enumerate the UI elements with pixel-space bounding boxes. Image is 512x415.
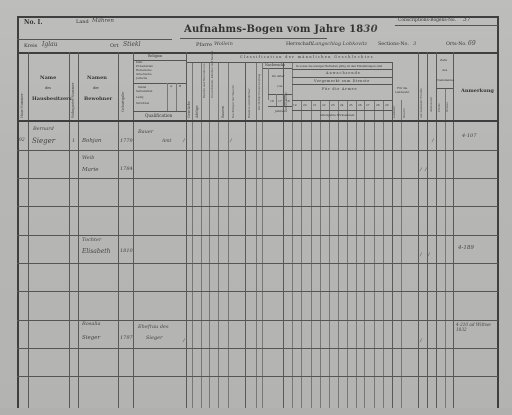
tally-mark: / [183,338,185,344]
stand-col-line [167,83,168,111]
pfarre-value: Wollein [214,41,233,47]
col-line [418,52,419,408]
instruction-divider [292,69,392,70]
herrschaft-label: Herrschaft [286,42,312,47]
col-line [311,100,312,408]
qualification-line1: Bauer [138,129,153,135]
qualification-line2: Sieger [146,335,163,341]
jahren-label: Jahren [275,109,285,113]
stand-row: Verwitwet [136,102,149,105]
ort-value: Stiekl [123,41,141,48]
armee-age: 19 [293,103,297,107]
religion-row: Judische [136,77,147,80]
bewohner-name: Marie [82,167,99,173]
tally-mark: / [425,167,427,173]
header-bottom-border [17,52,498,54]
col-line [78,52,79,408]
form-title: Aufnahms-Bogen vom Jahre 1830 [184,24,378,35]
armee-age: 27 [366,103,370,107]
zahl-header-line3: Viehstandes [437,78,454,82]
pfarre-label: Pfarre [196,42,212,48]
col-line [374,100,375,408]
vorgemerkt-header: Vorgemerkt zum Dienste [314,79,370,83]
religion-row: Helvetische [136,69,152,72]
alter-von: von [277,84,282,88]
alter-label: Im Alter [272,74,285,78]
frame-right-border [497,16,499,408]
col-line [445,88,446,408]
stand-col-a: A [170,84,172,88]
row-line [17,206,498,207]
hausbesitzer-name: Sieger [32,137,55,145]
conscriptions-value: 37 [463,16,471,23]
geburtsjahr-value: 1784 [120,166,133,172]
class-col-header: Beamte und Honoratioren [203,64,206,98]
armee-age: 28 [376,103,380,107]
qualification-line1: Ehefrau des [138,324,169,330]
ages-divider [268,94,292,95]
age-17: 17 [278,99,282,103]
row-line [17,263,498,264]
bewohner-vorname: Weib [82,155,95,161]
class-col-header: Gewerbsleute, Künstler und Bauern [211,51,214,98]
col-line [338,100,339,408]
col-line [118,52,119,408]
geburtsjahr-value: 1779 [120,138,133,144]
kreis-label: Kreis [24,43,37,49]
armee-age: 20 [303,103,307,107]
hausbesitzer-header-line3: Hausbesitzers [32,96,72,102]
altersjahre-divider [292,110,392,111]
auslaender-header: Auf Ausländer Fremde [420,88,423,118]
hausbesitzer-header-line2: des [45,86,51,90]
row-line [17,376,498,377]
class-col-header: Geistliche [187,101,191,118]
stand-row: Verheirathet [136,90,153,93]
title-text: Aufnahms-Bogen vom Jahre 18 [184,24,363,35]
anwachsende-divider [292,77,392,78]
ort-label: Ort [110,43,119,49]
class-col-header: Adelige [195,105,199,118]
religion-row: Griechische [136,73,152,76]
ochsen-col: Ochsen [446,102,449,112]
classification-title-divider [186,62,392,63]
fuer-armee-header: Für die Armee [322,87,357,91]
bewohner-vorname: Rosalia [82,321,101,327]
qualification-line2: Amt [162,139,171,144]
bewohner-header-line3: Bewohner [84,96,112,102]
anwachsende-header: Anwachsende [326,71,361,75]
col-line [427,52,428,408]
instruction-text: In sowie die weniger Befreiten giltig is… [296,64,382,68]
frame-left-border [17,16,19,408]
anmerkung-value: 4-210 ad Wittwe 1832 [456,322,496,332]
armee-age: 24 [340,103,344,107]
stand-col-line [176,83,177,111]
orts-label: Orts-No. [446,42,467,47]
armee-age: 26 [358,103,362,107]
tally-mark: / [432,138,434,144]
geburtsjahr-value: 1797 [120,335,133,341]
tally-mark: / [183,138,185,144]
class-col-header: Zur Militär-Dienst-Leistung [258,74,261,110]
land-label: Land [76,19,89,25]
nachwuchs-divider [262,68,292,69]
religion-row: Protestanten [136,65,153,68]
stand-col-b: B [179,84,181,88]
tally-mark: / [230,138,232,144]
herrschaft-value: Langschlag Lobkovitz [312,41,367,47]
col-line [383,100,384,408]
qualification-divider [133,111,186,112]
tally-mark: / [420,167,422,173]
conscriptions-label: Conscriptions-Bogens-No. [398,18,456,23]
col-line [347,100,348,408]
row-line [17,291,498,292]
age-16: 16 [270,99,274,103]
armee-ages-divider [292,100,392,101]
pferde-col: Pferde [438,103,441,112]
stand-title: Stand [138,85,146,89]
vieh-divider [436,88,453,89]
reserve-col: Reserve [403,108,406,118]
haus-nummer-value: 92 [19,138,25,143]
class-col-header: Nachfolger der Bauern [231,85,235,118]
sections-label: Sections-No. [378,42,409,47]
col-line [28,52,29,408]
hausbesitzer-vorname: Bernard [33,126,54,132]
bewohner-vorname: Tochter [82,237,101,243]
classification-title: Classification der männlichen Geschlecht… [240,55,374,59]
col-line [453,52,454,408]
hausbesitzer-header-line1: Name [40,75,56,81]
col-line [356,100,357,408]
kreis-value: Iglau [42,41,58,48]
armee-age: 21 [313,103,317,107]
wohnpartei-header: Wohnpartei-Nummer [71,83,75,118]
jahren-divider [268,106,292,107]
class-col-header: Bauern [221,106,225,118]
landwehr-header-line2: Landwehr [395,90,409,94]
form-number: No. I. [24,19,42,26]
haus-nummer-header: Haus-Nummer [20,93,24,118]
zahl-header-line1: Zahl [440,58,447,62]
col-line [301,100,302,408]
bewohner-header-line2: der [93,86,99,90]
col-line [69,52,70,408]
age-col-line [276,94,277,106]
nachwuchs-inner-line [268,68,269,100]
bewohner-name: Elisabeth [82,248,111,255]
title-underline [180,38,327,39]
tally-mark: / [428,252,430,258]
col-line [133,52,134,408]
row-line [17,150,498,151]
col-line [364,100,365,408]
row-line [17,235,498,236]
census-form-page: No. I. Land Mähren Aufnahms-Bogen vom Ja… [0,0,512,415]
bewohner-header-line1: Namen [87,75,107,81]
abwesend-header: Abwesend [429,97,433,112]
tally-mark: / [420,338,422,344]
anmerkung-value: 4-107 [462,133,476,139]
sections-value: 3 [413,41,416,47]
page-bottom-margin [0,408,512,415]
vorgemerkt-divider [292,84,392,85]
table-header-bottom [17,120,498,122]
geburtsjahr-value: 1810 [120,248,133,254]
landwehr-col: Landwehr [393,106,396,118]
armee-age: 29 [385,103,389,107]
bewohner-name: Sieger [82,335,100,341]
armee-age: 25 [349,103,353,107]
row-line [17,348,498,349]
religion-title: Religion [148,54,162,58]
zeitlich-befreit-header: Zeitlich befreit [285,92,288,112]
land-value: Mähren [92,18,114,24]
armee-age: 23 [331,103,335,107]
armee-age: 22 [322,103,326,107]
class-col-header: Häusler und Gärtner [247,88,251,118]
tally-mark: / [420,252,422,258]
geburtsjahr-header: Geburtsjahr [121,92,125,112]
qualification-header: Qualification [145,113,172,118]
nachwuchs-header: Nachwuchs [265,63,285,67]
header-divider-left [17,39,172,40]
partei-value: 1 [72,138,75,144]
title-year: 30 [363,24,377,35]
col-line [401,100,402,408]
col-line [436,52,437,408]
altersjahre-label: Altersjahre Wirksamkeit [320,113,355,117]
row-line [17,178,498,179]
stand-row: Ledig [136,96,143,99]
orts-value: 69 [468,40,476,47]
bewohner-name: Bohjan [82,138,101,144]
anmerkung-value: 4-189 [458,245,474,251]
religion-row: Kath. [136,61,143,64]
conscriptions-divider [395,25,498,26]
col-line [329,100,330,408]
zahl-header-line2: des [442,68,447,72]
col-line [320,100,321,408]
anmerkung-header: Anmerkung [461,88,494,94]
